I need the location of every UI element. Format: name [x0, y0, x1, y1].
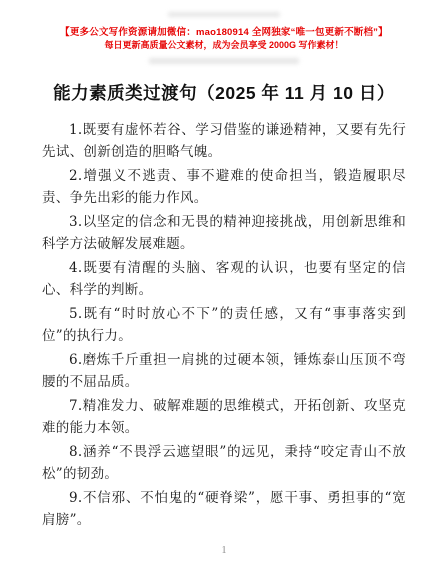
document-title: 能力素质类过渡句（2025 年 11 月 10 日） — [0, 80, 448, 105]
paragraph: 3.以坚定的信念和无畏的精神迎接挑战，用创新思维和科学方法破解发展难题。 — [42, 211, 406, 255]
document-body: 1.既要有虚怀若谷、学习借鉴的谦逊精神，又要有先行先试、创新创造的胆略气魄。2.… — [42, 119, 406, 531]
paragraph: 5.既有“时时放心不下”的责任感，又有“事事落实到位”的执行力。 — [42, 303, 406, 347]
promo-header-line-1: 【更多公文写作资源请加微信：mao180914 全网独家“唯一包更新不断档”】 — [0, 26, 448, 39]
faint-scan-artifact — [149, 58, 299, 64]
paragraph: 4.既要有清醒的头脑、客观的认识，也要有坚定的信心、科学的判断。 — [42, 257, 406, 301]
paragraph: 7.精准发力、破解难题的思维模式，开拓创新、攻坚克难的能力本领。 — [42, 395, 406, 439]
paragraph: 1.既要有虚怀若谷、学习借鉴的谦逊精神，又要有先行先试、创新创造的胆略气魄。 — [42, 119, 406, 163]
promo-header-line-2: 每日更新高质量公文素材，成为会员享受 2000G 写作素材！ — [0, 39, 448, 52]
paragraph: 6.磨炼千斤重担一肩挑的过硬本领，锤炼泰山压顶不弯腰的不屈品质。 — [42, 349, 406, 393]
paragraph: 8.涵养“不畏浮云遮望眼”的远见，秉持“咬定青山不放松”的韧劲。 — [42, 441, 406, 485]
paragraph: 9.不信邪、不怕鬼的“硬脊梁”，愿干事、勇担事的“宽肩膀”。 — [42, 487, 406, 531]
page-number: 1 — [0, 545, 448, 556]
faint-scan-artifact — [168, 12, 280, 17]
promo-header: 【更多公文写作资源请加微信：mao180914 全网独家“唯一包更新不断档”】 … — [0, 0, 448, 52]
document-page: 【更多公文写作资源请加微信：mao180914 全网独家“唯一包更新不断档”】 … — [0, 0, 448, 580]
paragraph: 2.增强义不逃责、事不避难的使命担当，锻造履职尽责、争先出彩的能力作风。 — [42, 165, 406, 209]
